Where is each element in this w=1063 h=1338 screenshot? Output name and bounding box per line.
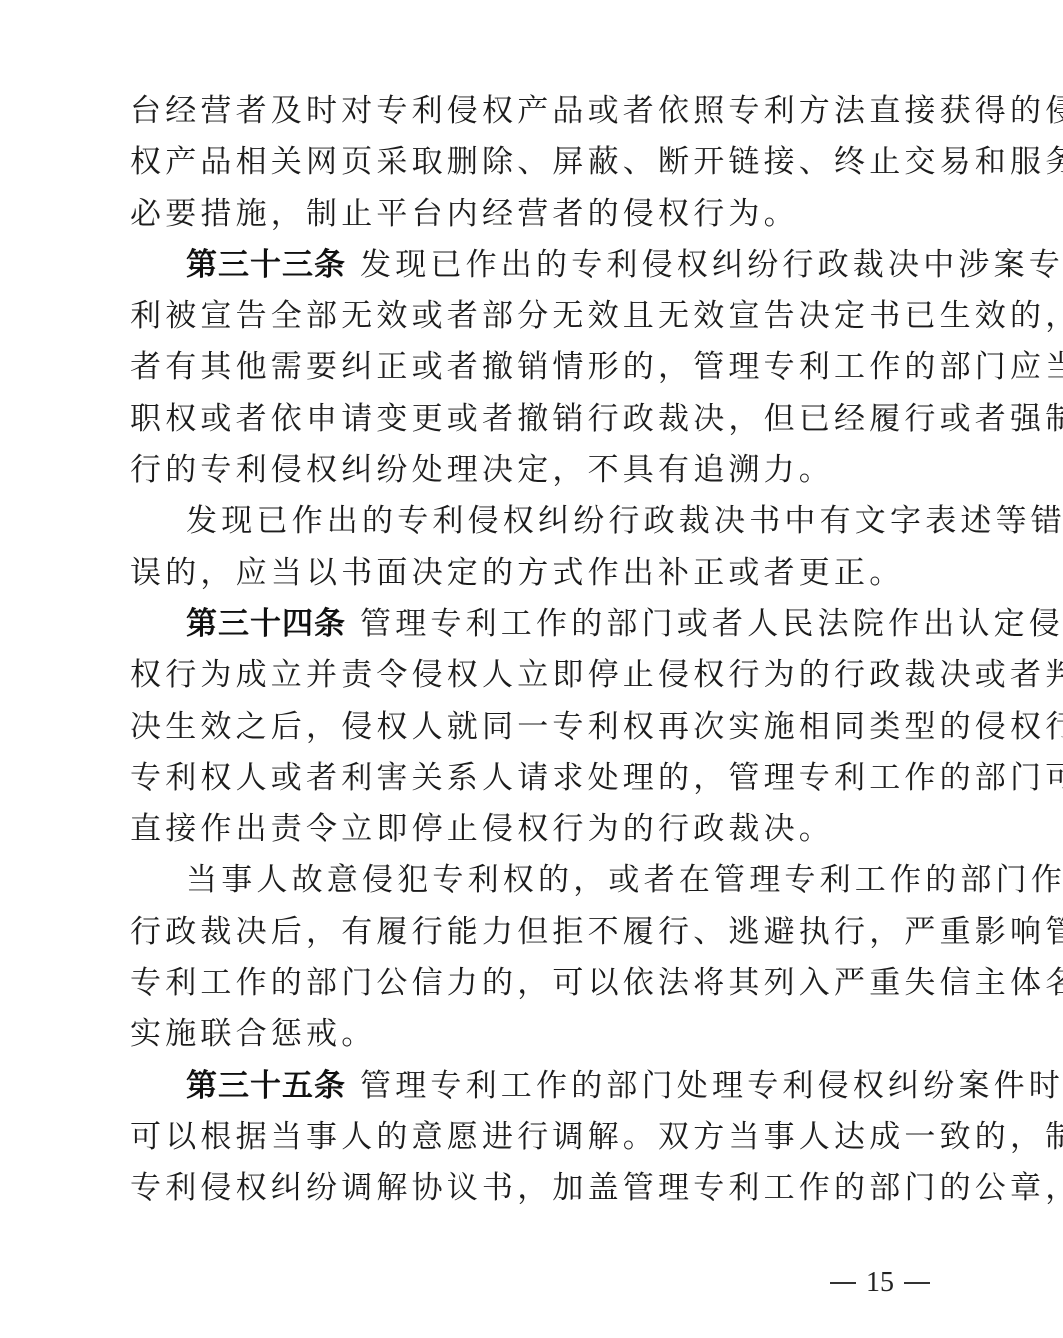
article-35-first-line: 第三十五条管理专利工作的部门处理专利侵权纠纷案件时， xyxy=(130,1061,930,1112)
text-line: 专利工作的部门公信力的，可以依法将其列入严重失信主体名单 xyxy=(130,958,930,1009)
document-body: 台经营者及时对专利侵权产品或者依照专利方法直接获得的侵 权产品相关网页采取删除、… xyxy=(130,86,930,1215)
text-line: 实施联合惩戒。 xyxy=(130,1009,930,1060)
article-heading-33: 第三十三条 xyxy=(186,247,346,283)
text-line: 必要措施，制止平台内经营者的侵权行为。 xyxy=(130,189,930,240)
article-heading-34: 第三十四条 xyxy=(186,606,346,642)
text-line: 发现已作出的专利侵权纠纷行政裁决书中有文字表述等错 xyxy=(130,496,930,547)
text-line: 专利侵权纠纷调解协议书，加盖管理专利工作的部门的公章，并 xyxy=(130,1163,930,1214)
text-line: 误的，应当以书面决定的方式作出补正或者更正。 xyxy=(130,548,930,599)
text-span: 管理专利工作的部门或者人民法院作出认定侵 xyxy=(360,606,1063,642)
text-line: 可以根据当事人的意愿进行调解。双方当事人达成一致的，制作 xyxy=(130,1112,930,1163)
text-line: 职权或者依申请变更或者撤销行政裁决，但已经履行或者强制执 xyxy=(130,394,930,445)
page-footer: 15 xyxy=(820,1263,940,1303)
text-line: 权行为成立并责令侵权人立即停止侵权行为的行政裁决或者判 xyxy=(130,650,930,701)
article-33-first-line: 第三十三条发现已作出的专利侵权纠纷行政裁决中涉案专 xyxy=(130,240,930,291)
dash-left xyxy=(830,1282,856,1284)
dash-right xyxy=(904,1282,930,1284)
page-number: 15 xyxy=(866,1267,894,1299)
text-line: 利被宣告全部无效或者部分无效且无效宣告决定书已生效的，或 xyxy=(130,291,930,342)
text-line: 决生效之后，侵权人就同一专利权再次实施相同类型的侵权行为， xyxy=(130,702,930,753)
text-line: 者有其他需要纠正或者撤销情形的，管理专利工作的部门应当依 xyxy=(130,342,930,393)
document-page: 台经营者及时对专利侵权产品或者依照专利方法直接获得的侵 权产品相关网页采取删除、… xyxy=(0,0,1063,1338)
article-heading-35: 第三十五条 xyxy=(186,1068,346,1104)
text-line: 当事人故意侵犯专利权的，或者在管理专利工作的部门作出 xyxy=(130,855,930,906)
text-span: 发现已作出的专利侵权纠纷行政裁决中涉案专 xyxy=(360,247,1063,283)
text-line: 直接作出责令立即停止侵权行为的行政裁决。 xyxy=(130,804,930,855)
text-line: 行的专利侵权纠纷处理决定，不具有追溯力。 xyxy=(130,445,930,496)
article-34-first-line: 第三十四条管理专利工作的部门或者人民法院作出认定侵 xyxy=(130,599,930,650)
text-line: 行政裁决后，有履行能力但拒不履行、逃避执行，严重影响管理 xyxy=(130,907,930,958)
text-line: 专利权人或者利害关系人请求处理的，管理专利工作的部门可以 xyxy=(130,753,930,804)
text-line: 权产品相关网页采取删除、屏蔽、断开链接、终止交易和服务等 xyxy=(130,137,930,188)
text-span: 管理专利工作的部门处理专利侵权纠纷案件时， xyxy=(360,1068,1063,1104)
text-line: 台经营者及时对专利侵权产品或者依照专利方法直接获得的侵 xyxy=(130,86,930,137)
